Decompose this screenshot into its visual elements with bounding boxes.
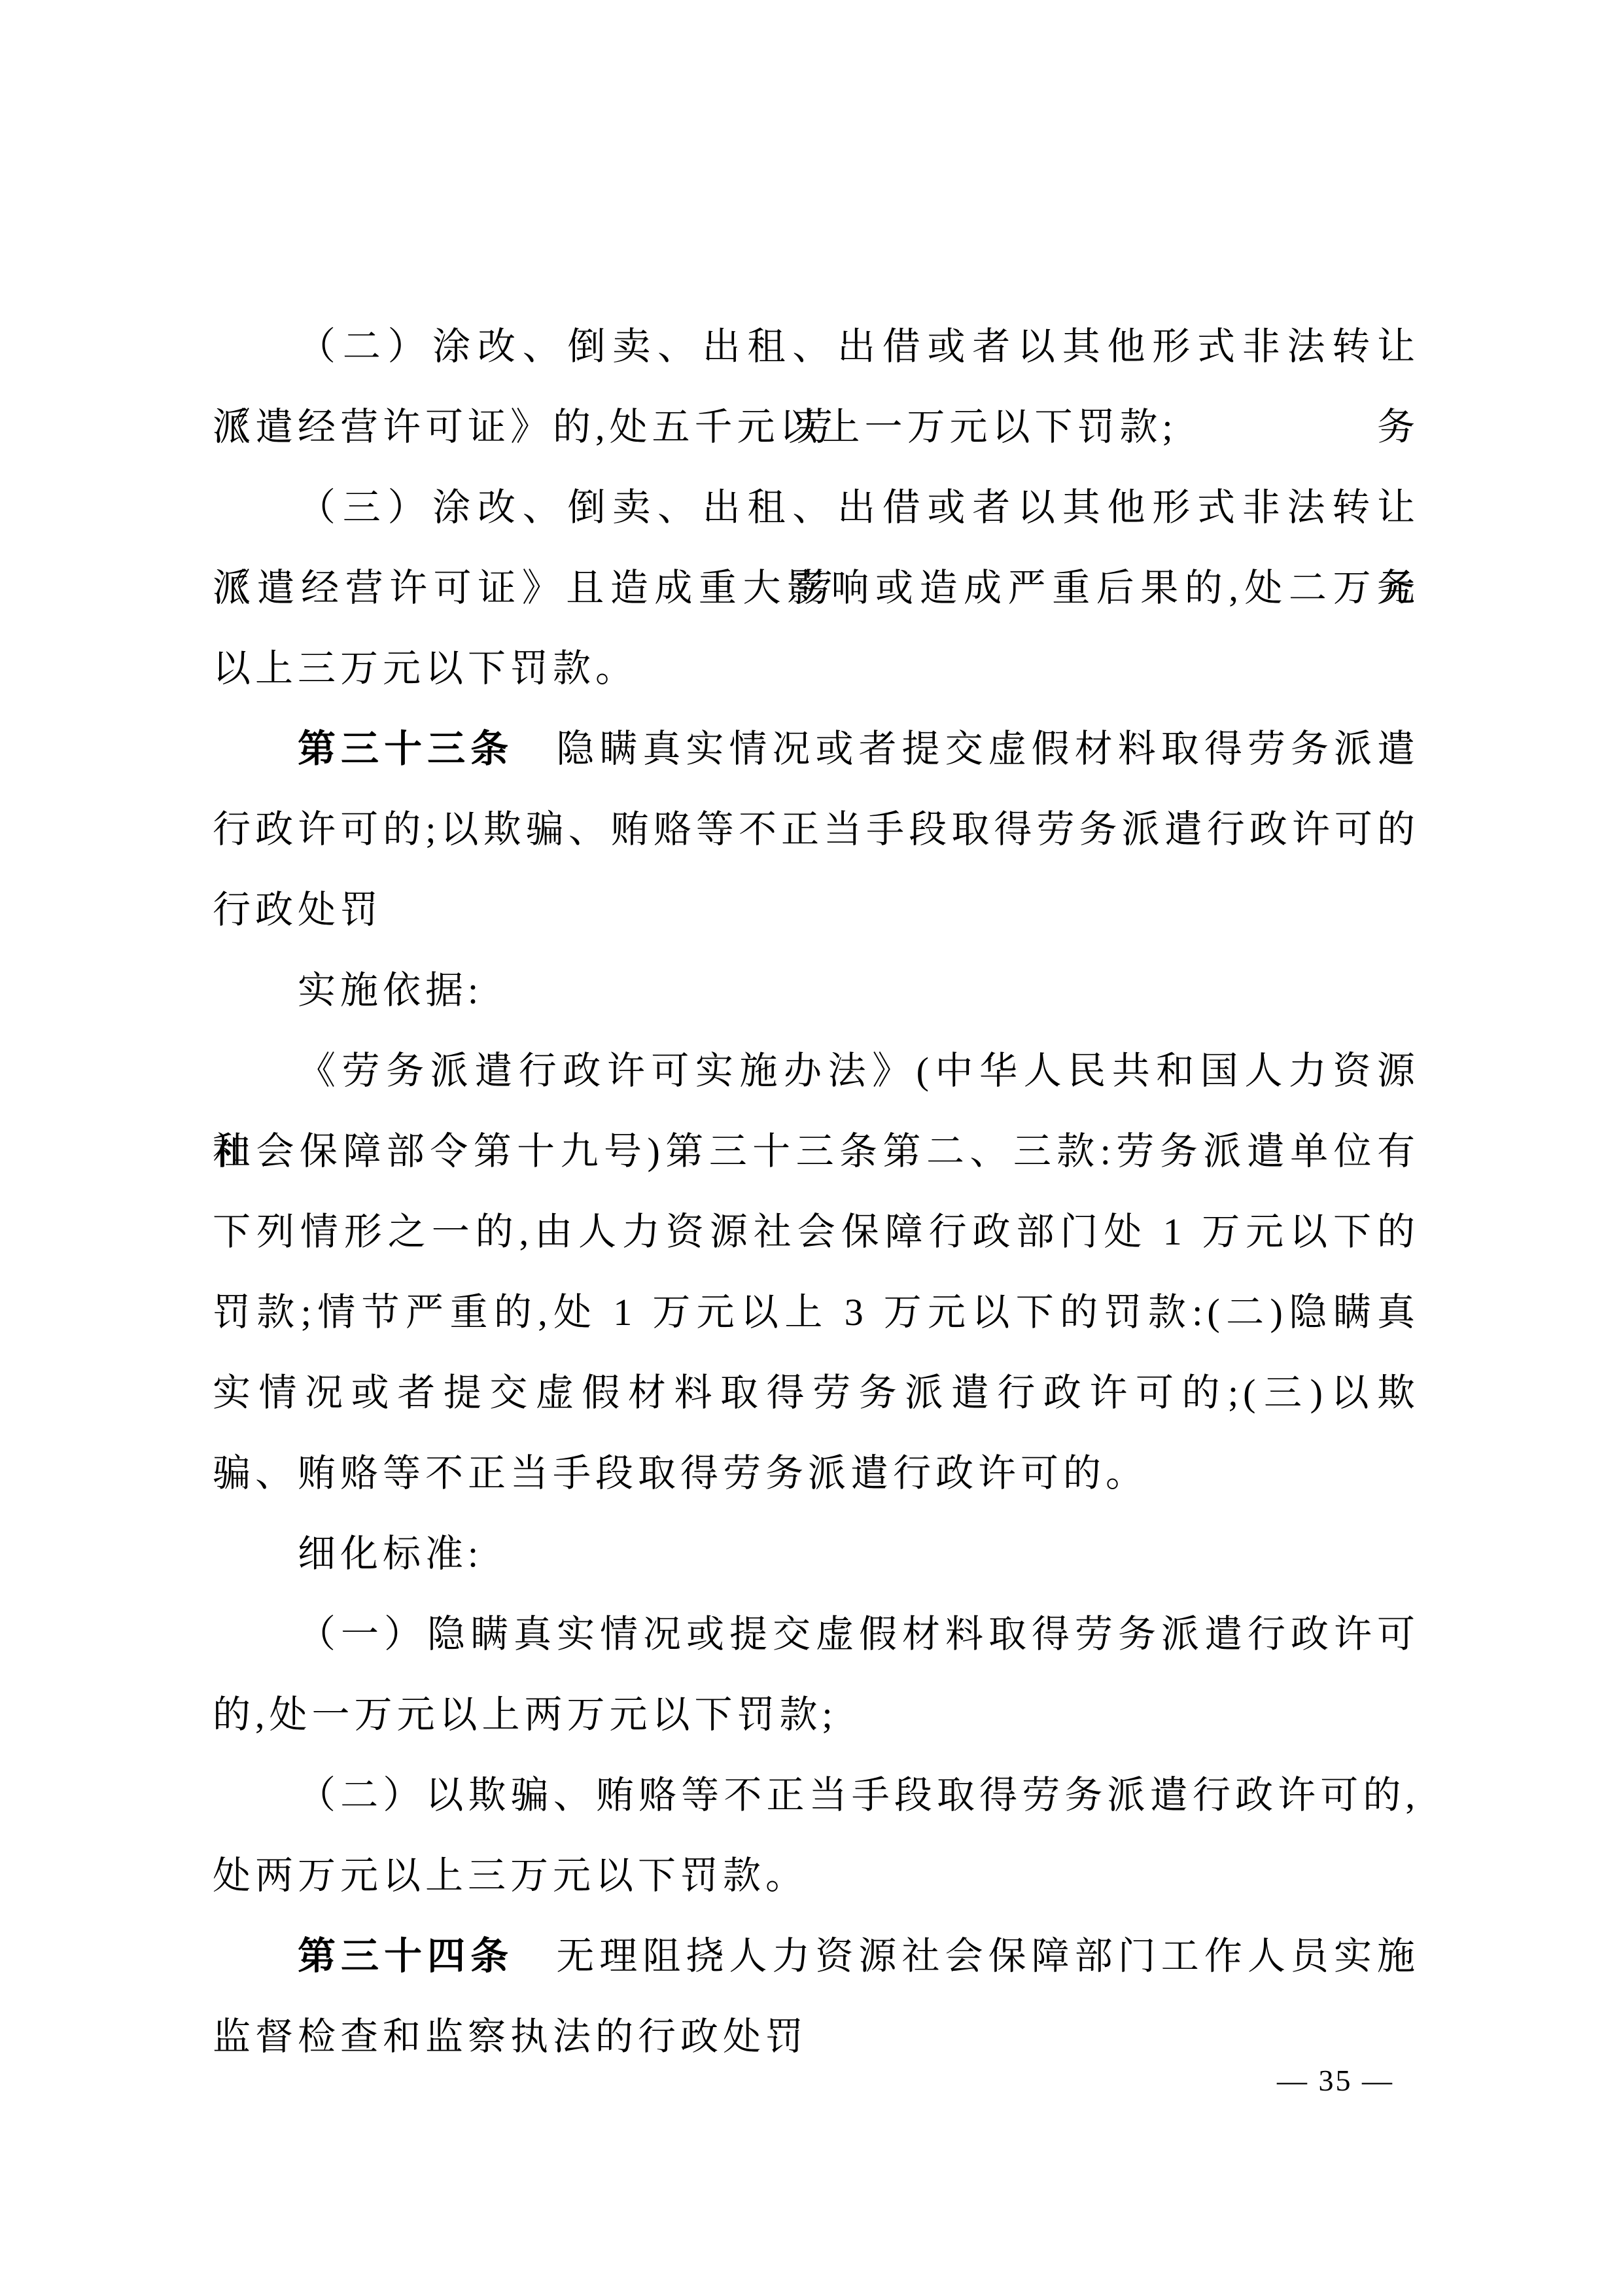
article-heading-text: 隐瞒真实情况或者提交虚假材料取得劳务派遣 [555,728,1420,770]
heading-gap [514,1968,555,1969]
text-line: 的,处一万元以上两万元以下罚款; [213,1674,1420,1755]
article-heading-text: 无理阻挠人力资源社会保障部门工作人员实施 [555,1935,1420,1977]
text-line: 罚款;情节严重的,处 1 万元以上 3 万元以下的罚款:(二)隐瞒真 [213,1272,1420,1352]
text-line: 社会保障部令第十九号)第三十三条第二、三款:劳务派遣单位有 [213,1111,1420,1192]
text-line: 骗、贿赂等不正当手段取得劳务派遣行政许可的。 [213,1433,1420,1513]
section-label-implementation-basis: 实施依据: [213,950,1420,1031]
text-line: （三）涂改、倒卖、出租、出借或者以其他形式非法转让《劳务 [213,467,1420,548]
text-line: （二）涂改、倒卖、出租、出借或者以其他形式非法转让《劳务 [213,306,1420,387]
text-line: （二）以欺骗、贿赂等不正当手段取得劳务派遣行政许可的, [213,1755,1420,1835]
text-line: （一）隐瞒真实情况或提交虚假材料取得劳务派遣行政许可 [213,1594,1420,1674]
text-line: 处两万元以上三万元以下罚款。 [213,1835,1420,1916]
text-block: （二）涂改、倒卖、出租、出借或者以其他形式非法转让《劳务 派遣经营许可证》的,处… [213,306,1420,2077]
text-line: 以上三万元以下罚款。 [213,628,1420,709]
heading-gap [514,761,555,762]
text-line: 行政处罚 [213,870,1420,950]
text-line: 监督检查和监察执法的行政处罚 [213,1996,1420,2077]
article-number: 第三十四条 [298,1935,514,1977]
text-line: 《劳务派遣行政许可实施办法》(中华人民共和国人力资源和 [213,1031,1420,1111]
text-line: 实情况或者提交虚假材料取得劳务派遣行政许可的;(三)以欺 [213,1352,1420,1433]
text-line: 下列情形之一的,由人力资源社会保障行政部门处 1 万元以下的 [213,1192,1420,1272]
article-33-heading-line: 第三十三条隐瞒真实情况或者提交虚假材料取得劳务派遣 [213,709,1420,789]
section-label-refinement-standard: 细化标准: [213,1513,1420,1594]
document-page: （二）涂改、倒卖、出租、出借或者以其他形式非法转让《劳务 派遣经营许可证》的,处… [0,0,1623,2296]
page-number: — 35 — [1277,2061,1394,2100]
article-number: 第三十三条 [298,728,514,770]
text-line: 派遣经营许可证》且造成重大影响或造成严重后果的,处二万元 [213,548,1420,628]
article-34-heading-line: 第三十四条无理阻挠人力资源社会保障部门工作人员实施 [213,1916,1420,1996]
text-line: 行政许可的;以欺骗、贿赂等不正当手段取得劳务派遣行政许可的 [213,789,1420,870]
